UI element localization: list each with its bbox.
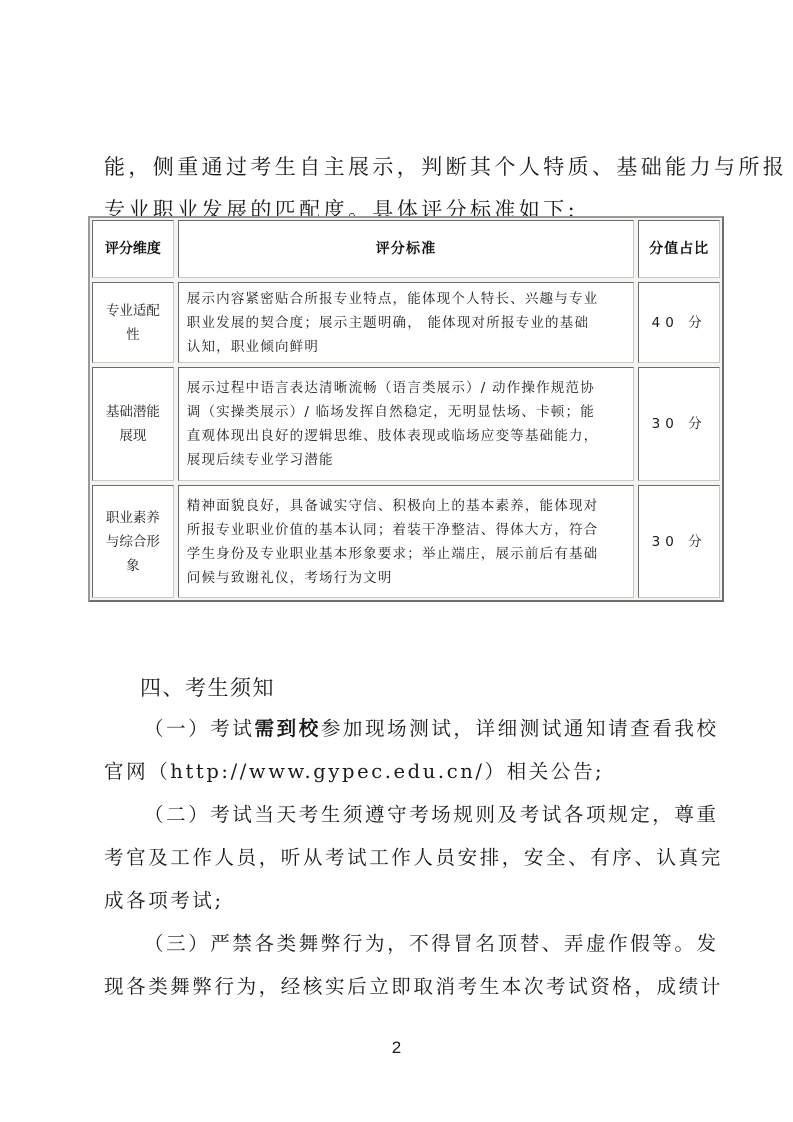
notice-item-3-line: 现各类舞弊行为，经核实后立即取消考生本次考试资格，成绩计 [104, 965, 716, 1008]
notice-item-2-line: （二）考试当天考生须遵守考场规则及考试各项规定，尊重 [104, 793, 716, 836]
section-body: （一）考试需到校参加现场测试，详细测试通知请查看我校 官网（http://www… [104, 707, 716, 1008]
table-row: 专业适配 性 展示内容紧密贴合所报专业特点，能体现个人特长、兴趣与专业 职业发展… [90, 280, 722, 365]
dimension-cell: 专业适配 性 [92, 282, 174, 363]
dimension-line: 基础潜能 [106, 400, 160, 424]
document-page: 能，侧重通过考生自主展示，判断其个人特质、基础能力与所报 专业职业发展的匹配度。… [0, 0, 793, 1122]
table-header-row: 评分维度 评分标准 分值占比 [90, 218, 722, 280]
criteria-cell: 展示过程中语言表达清晰流畅（语言类展示）/ 动作操作规范协 调（实操类展示）/ … [178, 367, 635, 481]
score-cell: 30 分 [638, 485, 720, 598]
scoring-criteria-table: 评分维度 评分标准 分值占比 专业适配 性 展示内容紧密贴合所报专业特点，能体现… [88, 216, 724, 602]
intro-line: 能，侧重通过考生自主展示，判断其个人特质、基础能力与所报 [104, 146, 716, 189]
dimension-cell: 基础潜能 展现 [92, 367, 174, 481]
criteria-cell: 展示内容紧密贴合所报专业特点，能体现个人特长、兴趣与专业 职业发展的契合度；展示… [178, 282, 635, 363]
dimension-line: 专业适配 [106, 299, 160, 323]
score-cell: 40 分 [638, 282, 720, 363]
score-cell: 30 分 [638, 367, 720, 481]
criteria-text: 展示内容紧密贴合所报专业特点，能体现个人特长、兴趣与专业 职业发展的契合度；展示… [187, 287, 599, 359]
table-row: 基础潜能 展现 展示过程中语言表达清晰流畅（语言类展示）/ 动作操作规范协 调（… [90, 365, 722, 483]
dimension-line: 与综合形 [106, 530, 160, 554]
dimension-cell: 职业素养 与综合形 象 [92, 485, 174, 598]
notice-text: （一）考试 [144, 717, 255, 740]
notice-item-2-line: 成各项考试; [104, 879, 716, 922]
notice-text: 参加现场测试，详细测试通知请查看我校 [321, 717, 719, 740]
notice-item-3-line: （三）严禁各类舞弊行为，不得冒名顶替、弄虚作假等。发 [104, 922, 716, 965]
criteria-cell: 精神面貌良好，具备诚实守信、积极向上的基本素养，能体现对 所报专业职业价值的基本… [178, 485, 635, 598]
notice-item-1-line: 官网（http://www.gypec.edu.cn/）相关公告; [104, 750, 716, 793]
notice-item-1-line: （一）考试需到校参加现场测试，详细测试通知请查看我校 [104, 707, 716, 750]
emphasis-text: 需到校 [255, 717, 321, 740]
dimension-line: 性 [106, 323, 160, 347]
page-number: 2 [0, 1038, 793, 1058]
dimension-line: 象 [106, 554, 160, 578]
table-row: 职业素养 与综合形 象 精神面貌良好，具备诚实守信、积极向上的基本素养，能体现对… [90, 483, 722, 600]
section-heading: 四、考生须知 [140, 672, 275, 704]
notice-item-2-line: 考官及工作人员，听从考试工作人员安排，安全、有序、认真完 [104, 836, 716, 879]
criteria-text: 精神面貌良好，具备诚实守信、积极向上的基本素养，能体现对 所报专业职业价值的基本… [187, 494, 599, 590]
header-score: 分值占比 [638, 220, 720, 278]
criteria-text: 展示过程中语言表达清晰流畅（语言类展示）/ 动作操作规范协 调（实操类展示）/ … [187, 376, 599, 472]
header-dimension: 评分维度 [92, 220, 174, 278]
dimension-line: 职业素养 [106, 506, 160, 530]
header-criteria: 评分标准 [178, 220, 635, 278]
dimension-line: 展现 [106, 424, 160, 448]
